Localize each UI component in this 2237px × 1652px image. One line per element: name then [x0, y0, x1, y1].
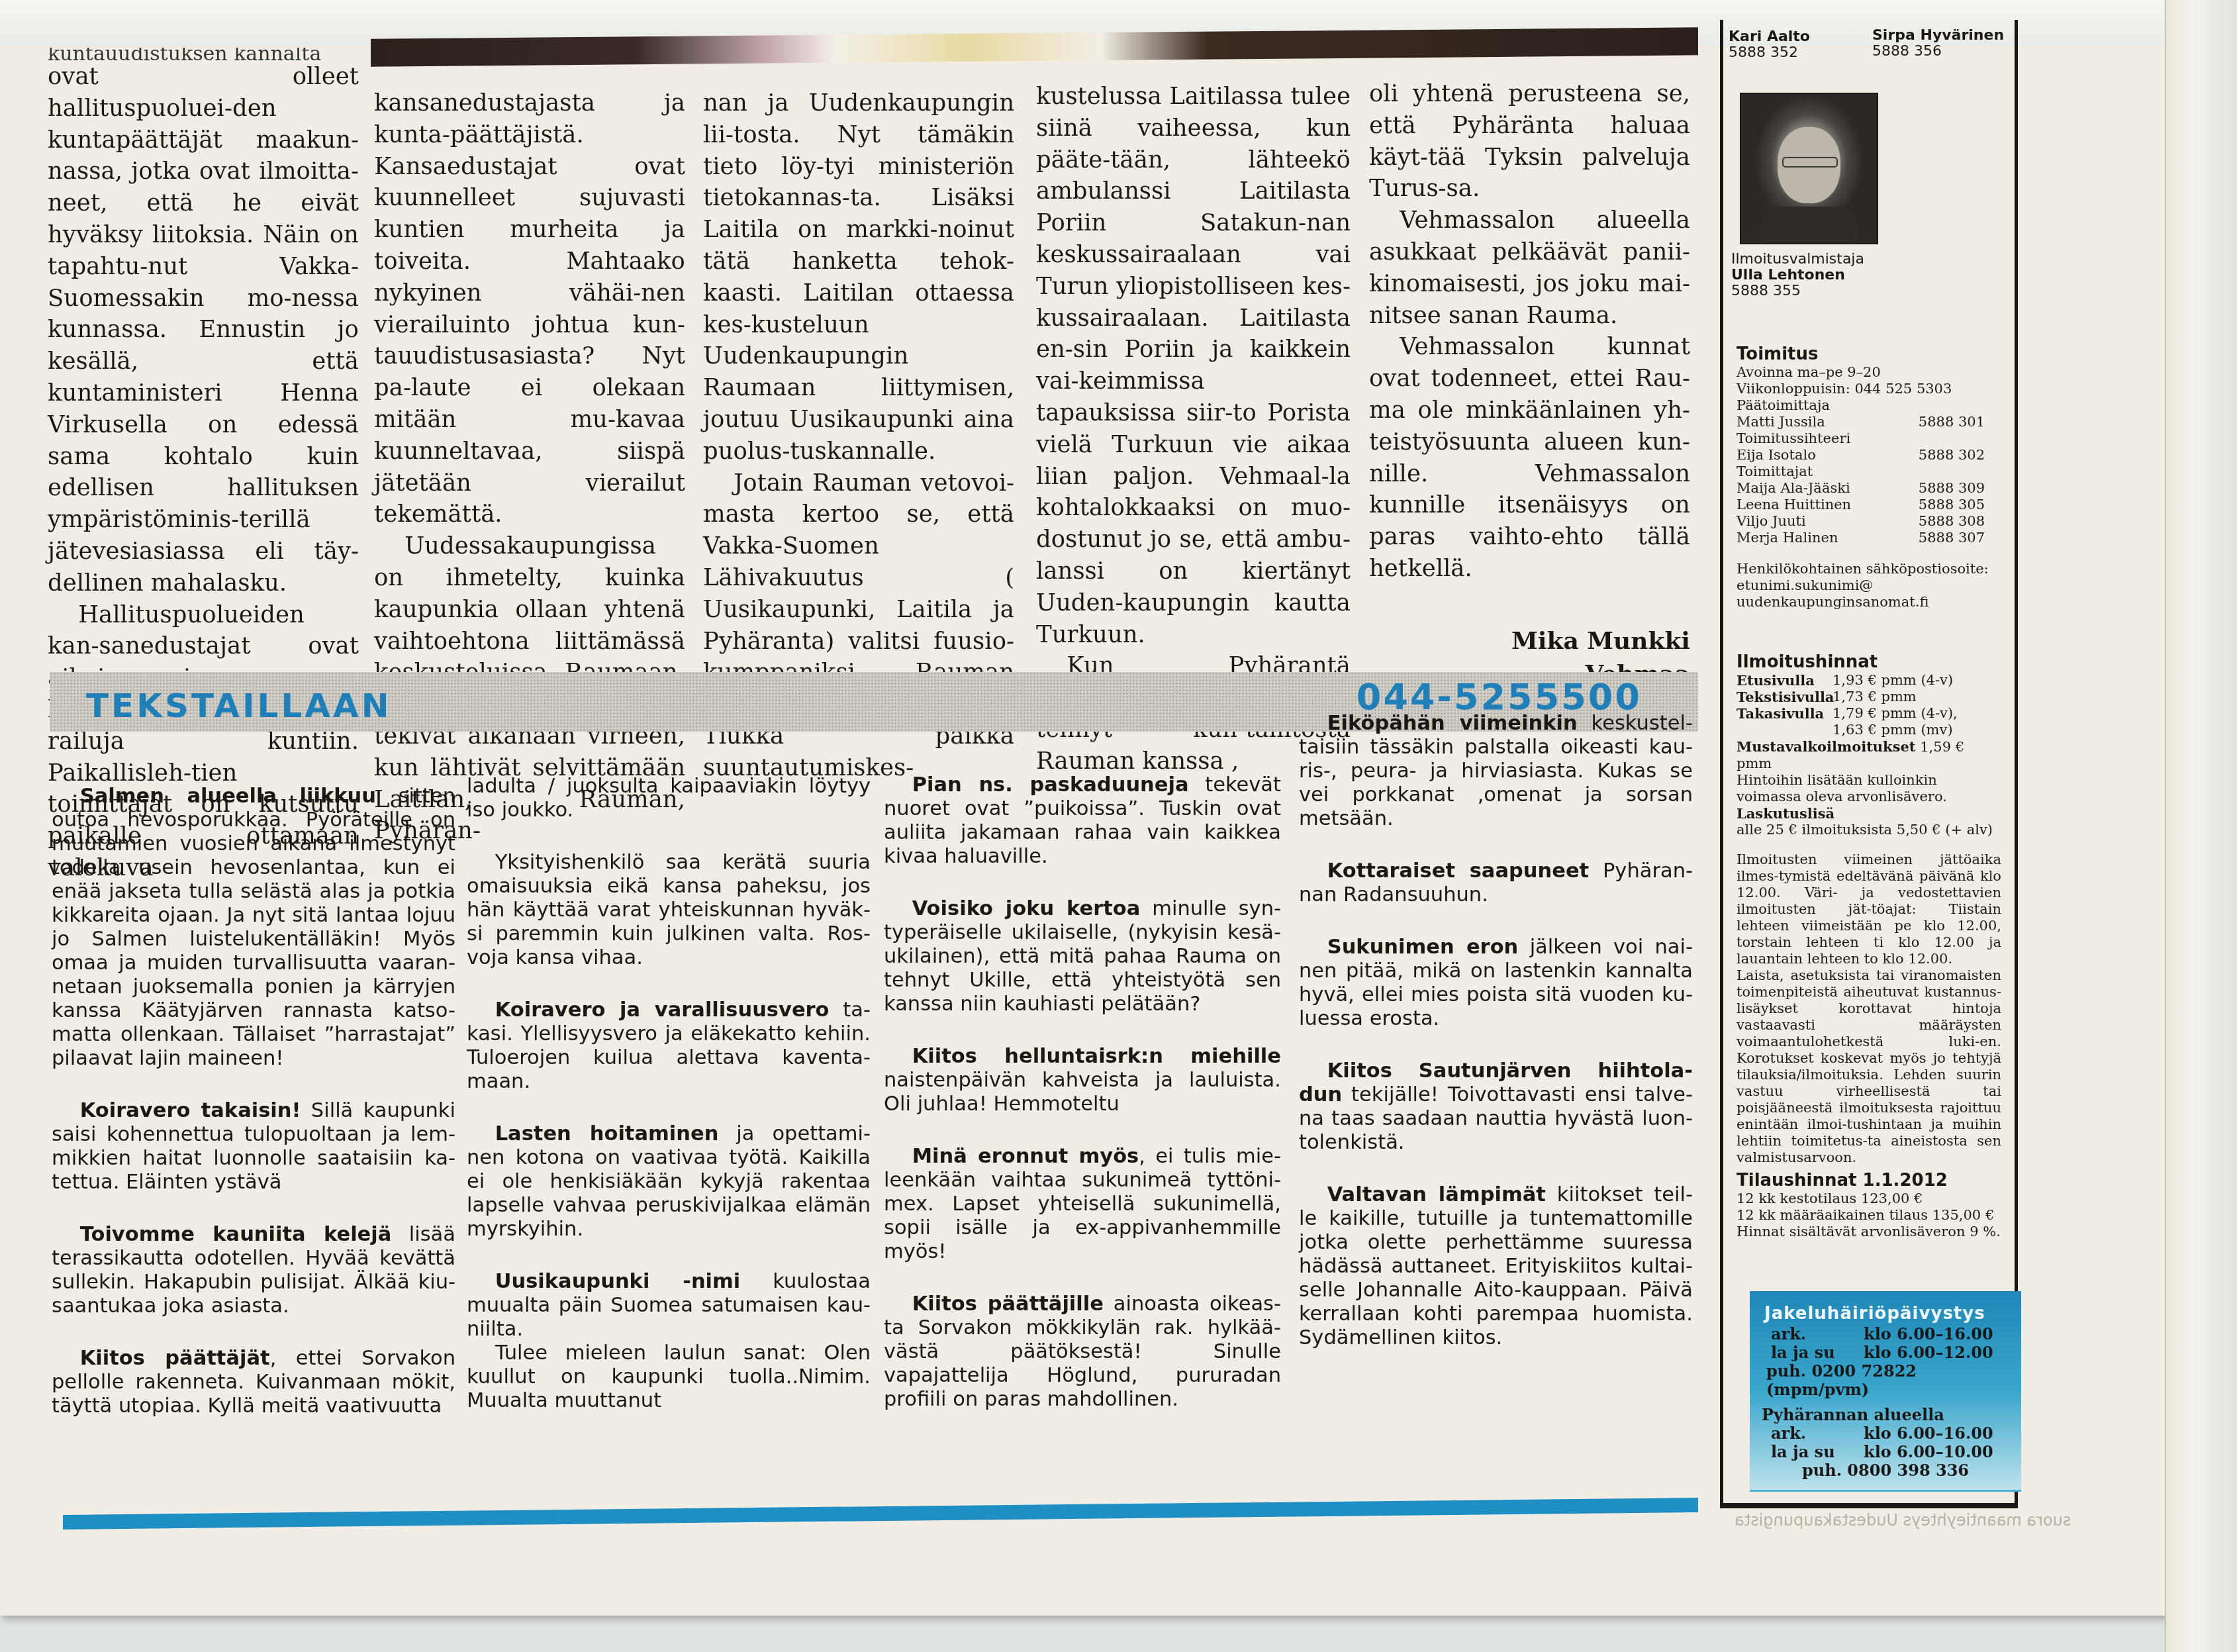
delivery-phone: puh. 0200 72822 (mpm/pvm)	[1750, 1362, 2021, 1399]
price-row: Tekstisivulla1,73 € pmm	[1737, 689, 2001, 705]
region-phone: puh. 0800 398 336	[1750, 1461, 2021, 1480]
staff-row: Viljo Juuti5888 308	[1737, 513, 2001, 530]
paragraph: Jotain Rauman vetovoi-masta kertoo se, e…	[703, 467, 1014, 784]
sms-column-1: Salmen alueella liikkuu sitten outoa hev…	[52, 785, 455, 1447]
sms-column-3: Pian ns. paskaduuneja tekevät nuoret ova…	[884, 773, 1281, 1440]
author-name: Mika Munkki	[1369, 624, 1690, 657]
sms-message: Kiitos helluntaisrk:n miehille naistenpä…	[884, 1045, 1281, 1116]
ilmoitushinnat-heading: Ilmoitushinnat	[1737, 652, 2001, 672]
delivery-hotline-box: Jakeluhäiriöpäivystys ark.klo 6.00–16.00…	[1750, 1291, 2021, 1492]
sms-message: Sukunimen eron jälkeen voi nai-nen pitää…	[1299, 936, 1693, 1031]
paragraph: Vehmassalon alueella asukkaat pelkäävät …	[1369, 205, 1690, 331]
sms-message: Uusikaupunki -nimi kuulostaa muualta päi…	[467, 1270, 871, 1341]
sms-message: Lasten hoitaminen ja opettami-nen kotona…	[467, 1122, 871, 1241]
portrait-photo	[1740, 93, 1878, 244]
contact-sirpa-hyvarinen: Sirpa Hyvärinen 5888 356	[1872, 28, 2004, 60]
sms-message: Valtavan lämpimät kiitokset teil-le kaik…	[1299, 1183, 1693, 1350]
staff-row: Merja Halinen5888 307	[1737, 530, 2001, 546]
price-row: Etusivulla1,93 € pmm (4-v)	[1737, 672, 2001, 689]
paragraph: kansanedustajasta ja kunta-päättäjistä. …	[374, 87, 685, 530]
paragraph: Vehmassalon kunnat ovat todenneet, ettei…	[1369, 331, 1690, 584]
delivery-heading: Jakeluhäiriöpäivystys	[1764, 1306, 2021, 1322]
tilaushinnat-heading: Tilaushinnat 1.1.2012	[1737, 1171, 2001, 1190]
contact-ulla-lehtonen: Ilmoitusvalmistaja Ulla Lehtonen 5888 35…	[1731, 252, 1864, 299]
sms-message: Yksityishenkilö saa kerätä suuria omaisu…	[467, 851, 871, 970]
sms-message: Kiitos päättäjät, ettei Sorvakon pelloll…	[52, 1347, 455, 1418]
hours-row: la ja suklo 6.00–10.00	[1750, 1443, 2021, 1461]
sms-message: Salmen alueella liikkuu sitten outoa hev…	[52, 785, 455, 1071]
sms-message: Minä eronnut myös, ei tulis mie-leenkään…	[884, 1145, 1281, 1264]
sms-message: ladulta / juoksulta kaipaaviakin löytyy …	[467, 775, 871, 822]
sms-message: Koiravero ja varallisuusvero ta-kasi. Yl…	[467, 998, 871, 1094]
sms-column-4: Eiköpähän viimeinkin keskustel-taisiin t…	[1299, 712, 1693, 1379]
paragraph: oli yhtenä perusteena se, että Pyhäränta…	[1369, 78, 1690, 205]
hours-row: la ja suklo 6.00–12.00	[1750, 1343, 2021, 1362]
sms-message: Voisiko joku kertoa minulle syn-typeräis…	[884, 897, 1281, 1016]
tilaushinnat-section: Tilaushinnat 1.1.2012 12 kk kestotilaus …	[1737, 1171, 2001, 1240]
sms-message: Pian ns. paskaduuneja tekevät nuoret ova…	[884, 773, 1281, 869]
hours-row: ark.klo 6.00–16.00	[1750, 1424, 2021, 1443]
masthead-sidebar: Kari Aalto 5888 352 Sirpa Hyvärinen 5888…	[1720, 20, 2018, 1508]
sms-message: Toivomme kauniita kelejä lisää terassika…	[52, 1223, 455, 1318]
paragraph: ovat olleet hallituspuoluei-den kuntapää…	[48, 61, 359, 599]
bw-price: Mustavalkoilmoitukset 1,59 € pmm	[1737, 738, 2001, 772]
sms-column-2: ladulta / juoksulta kaipaaviakin löytyy …	[467, 775, 871, 1441]
portrait-shoulders	[1761, 207, 1857, 243]
partial-line: kuntauudistuksen kannalta	[48, 48, 359, 61]
section-title: TEKSTAILLAAN	[86, 687, 392, 725]
sms-message: Kiitos Sautunjärven hiihtola-dun tekijäl…	[1299, 1059, 1693, 1155]
paragraph: nan ja Uudenkaupungin lii-tosta. Nyt täm…	[703, 87, 1014, 467]
staff-row: Maija Ala-Jääski5888 309	[1737, 480, 2001, 497]
paragraph: kustelussa Laitilassa tulee siinä vaihee…	[1036, 81, 1351, 650]
staff-row: Matti Jussila5888 301	[1737, 414, 2001, 430]
sms-message: Tulee mieleen laulun sanat: Olen kuullut…	[467, 1341, 871, 1413]
portrait-glasses	[1782, 157, 1838, 168]
sms-message: Eiköpähän viimeinkin keskustel-taisiin t…	[1299, 712, 1693, 831]
email-link[interactable]: etunimi.sukunimi@	[1737, 577, 2001, 594]
sms-message: Koiravero takaisin! Sillä kaupunki saisi…	[52, 1099, 455, 1194]
contact-kari-aalto: Kari Aalto 5888 352	[1729, 29, 1810, 61]
staff-row: Eija Isotalo5888 302	[1737, 447, 2001, 463]
sms-message: Kottaraiset saapuneet Pyhäran-nan Radans…	[1299, 859, 1693, 907]
show-through-text: suora maantieyhteys Uudestakaupungista	[1735, 1511, 2071, 1530]
next-page-edge	[2165, 0, 2237, 1652]
ilmoitushinnat-section: Ilmoitushinnat Etusivulla1,93 € pmm (4-v…	[1737, 652, 2001, 1166]
toimitus-heading: Toimitus	[1737, 344, 2001, 364]
price-row: Takasivulla1,79 € pmm (4-v),	[1737, 705, 2001, 722]
staff-row: Leena Huittinen5888 305	[1737, 497, 2001, 513]
region-heading: Pyhärannan alueella	[1750, 1406, 2021, 1424]
sms-message: Kiitos päättäjille ainoasta oikeas-ta So…	[884, 1292, 1281, 1412]
article-column-2: kansanedustajasta ja kunta-päättäjistä. …	[374, 87, 685, 847]
article-column-1: kuntauudistuksen kannalta ovat olleet ha…	[48, 48, 359, 884]
email-domain[interactable]: uudenkaupunginsanomat.fi	[1737, 594, 2001, 610]
price-row: 1,63 € pmm (mv)	[1737, 722, 2001, 738]
hours-row: ark.klo 6.00–16.00	[1750, 1325, 2021, 1343]
article-column-5: oli yhtenä perusteena se, että Pyhäränta…	[1369, 78, 1690, 691]
toimitus-section: Toimitus Avoinna ma–pe 9–20 Viikonloppui…	[1737, 344, 2001, 610]
